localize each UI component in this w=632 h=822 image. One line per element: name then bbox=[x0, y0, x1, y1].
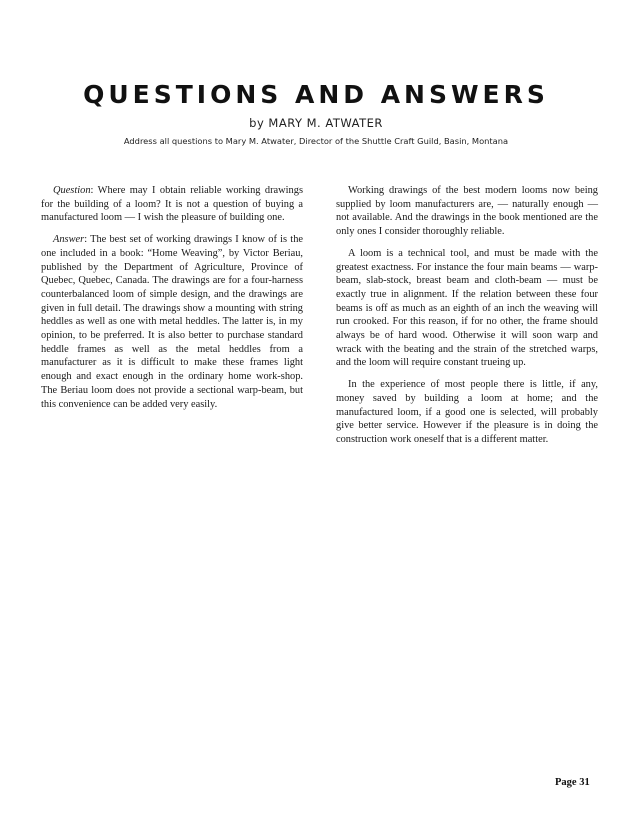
answer-paragraph: Answer: The best set of working drawings… bbox=[41, 233, 303, 411]
paragraph: Working drawings of the best modern loom… bbox=[336, 184, 598, 239]
left-column: Question: Where may I obtain reliable wo… bbox=[41, 184, 303, 419]
question-label: Question bbox=[53, 185, 91, 196]
paragraph: A loom is a technical tool, and must be … bbox=[336, 247, 598, 370]
question-paragraph: Question: Where may I obtain reliable wo… bbox=[41, 184, 303, 225]
author-byline: by MARY M. ATWATER bbox=[0, 116, 632, 130]
paragraph: In the experience of most people there i… bbox=[336, 378, 598, 447]
right-column: Working drawings of the best modern loom… bbox=[336, 184, 598, 455]
document-page: QUESTIONS AND ANSWERS by MARY M. ATWATER… bbox=[0, 0, 632, 822]
address-note: Address all questions to Mary M. Atwater… bbox=[0, 136, 632, 146]
answer-text: : The best set of working drawings I kno… bbox=[41, 234, 303, 409]
page-number: Page 31 bbox=[555, 777, 590, 788]
answer-label: Answer bbox=[53, 234, 84, 245]
page-title: QUESTIONS AND ANSWERS bbox=[0, 80, 632, 109]
